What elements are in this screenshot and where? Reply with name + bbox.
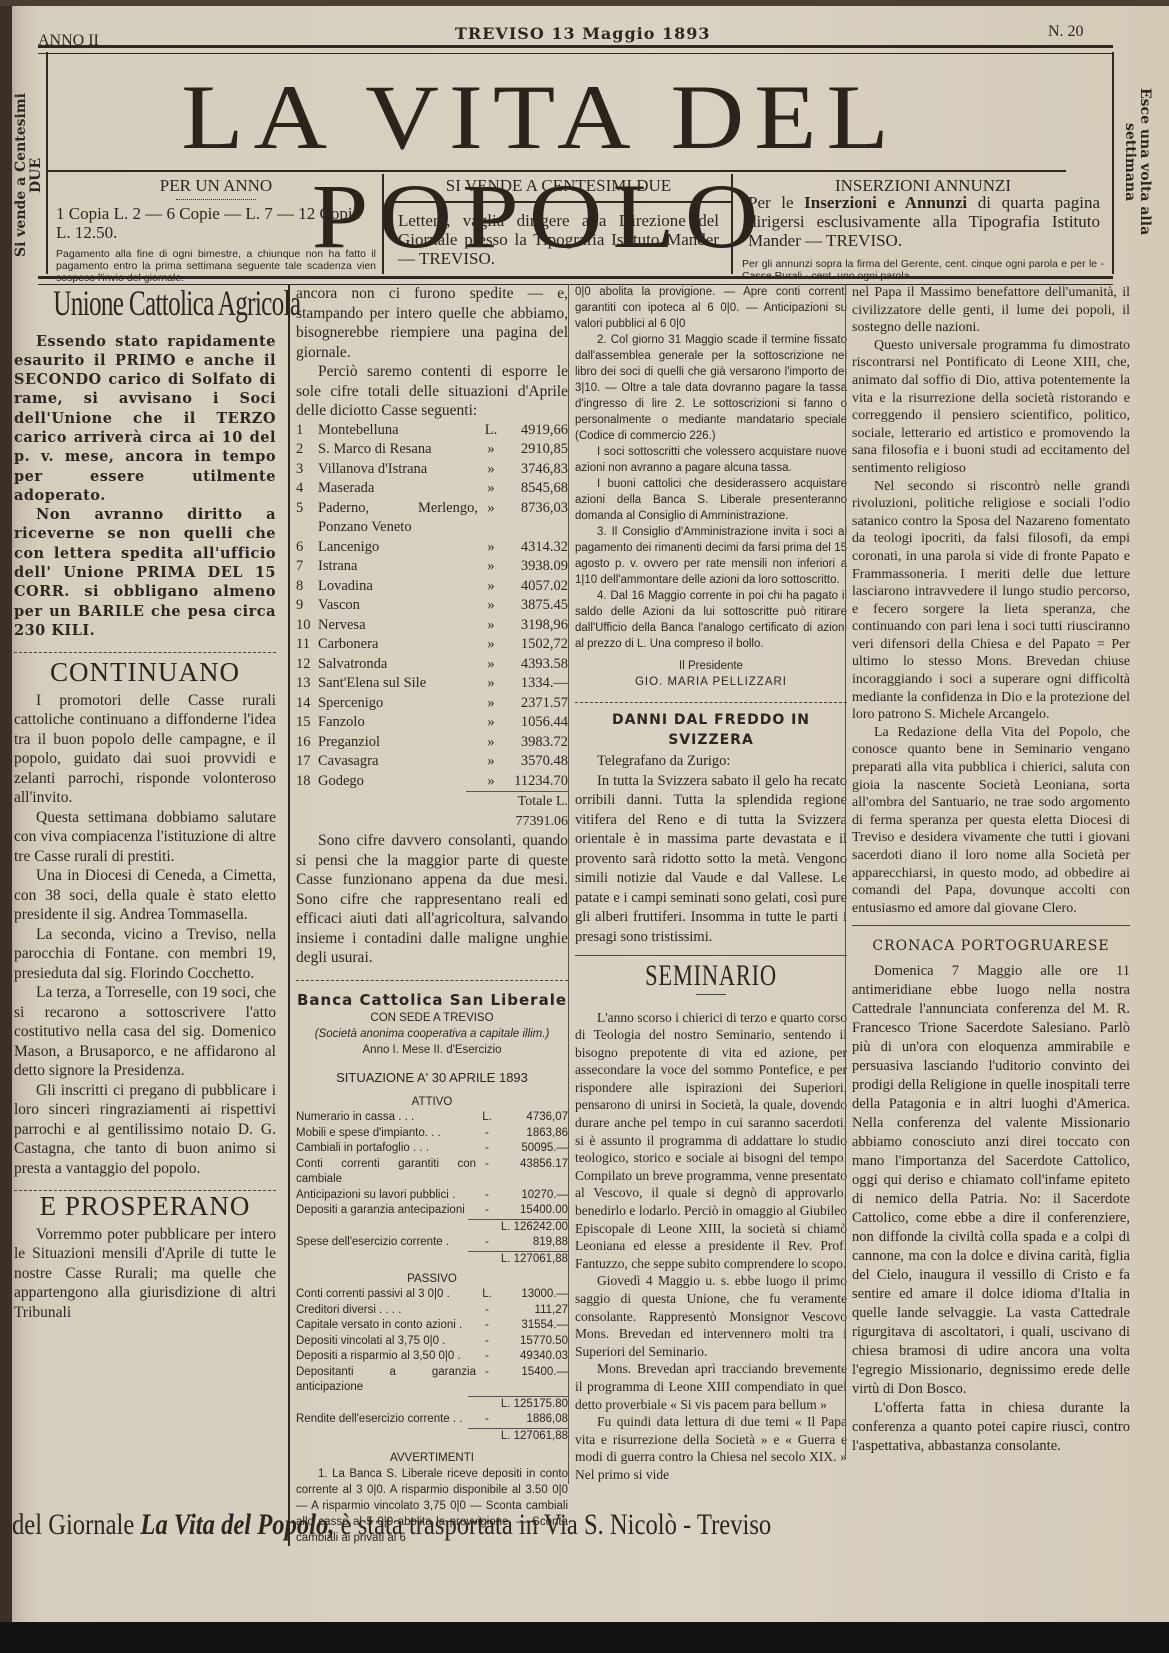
cassa-row: 11Carbonera»1502,72 xyxy=(296,635,568,655)
cassa-value: 4314.32 xyxy=(504,538,568,558)
banca-tipo: (Società anonima cooperativa a capitale … xyxy=(296,1026,568,1042)
avvertimento-cont: 0|0 abolita la provigione. — Apre conti … xyxy=(575,284,847,332)
row-value: 15770.50 xyxy=(498,1334,568,1350)
passivo-row: Capitale versato in conto azioni .-31554… xyxy=(296,1318,568,1334)
cronaca-heading: CRONACA PORTOGRUARESE xyxy=(852,938,1130,956)
avvertimento-2c: I buoni cattolici che desiderassero acqu… xyxy=(575,476,847,524)
cassa-number: 16 xyxy=(296,733,318,753)
cassa-name: Lovadina xyxy=(318,577,478,597)
row-value: 50095.— xyxy=(498,1141,568,1157)
cassa-name: Lancenigo xyxy=(318,538,478,558)
seminario-para: Fu quindi data lettura di due temi « Il … xyxy=(575,1413,847,1483)
seminario-para: L'anno scorso i chierici di terzo e quar… xyxy=(575,1009,847,1273)
cassa-value: 4919,66 xyxy=(504,421,568,441)
footer-post: è stata trasportata in Via S. Nicolò - T… xyxy=(334,1508,771,1541)
binding-spine xyxy=(0,0,12,1622)
ads-heading: INSERZIONI ANNUNZI xyxy=(736,178,1110,193)
ornament xyxy=(176,195,256,200)
prosperano-para: Vorremmo poter pubblicare per intero le … xyxy=(14,1225,276,1323)
row-label: Conti correnti garantiti con cambiale xyxy=(296,1157,476,1188)
row-symbol: - xyxy=(476,1203,498,1219)
attivo-row: Mobili e spese d'impianto. . .-1863,86 xyxy=(296,1126,568,1142)
cassa-value: 3938.09 xyxy=(504,557,568,577)
unione-heading: Unione Cattolica Agricola xyxy=(53,294,236,314)
continuano-para: La seconda, vicino a Treviso, nella paro… xyxy=(14,925,276,984)
column-2: ancora non ci furono spedite — e, stampa… xyxy=(288,284,568,1546)
currency-symbol: » xyxy=(478,733,504,753)
currency-symbol: » xyxy=(478,674,504,694)
cassa-name: Carbonera xyxy=(318,635,478,655)
row-label: Depositi vincolati al 3,75 0|0 . xyxy=(296,1334,476,1350)
row-symbol: - xyxy=(476,1365,498,1396)
cassa-number: 13 xyxy=(296,674,318,694)
divider xyxy=(575,696,847,703)
cassa-name: Sant'Elena sul Sile xyxy=(318,674,478,694)
danni-heading: DANNI DAL FREDDO IN SVIZZERA xyxy=(575,711,847,750)
banca-name: Banca Cattolica San Liberale xyxy=(296,991,568,1011)
currency-symbol: » xyxy=(478,499,504,538)
currency-symbol: » xyxy=(478,460,504,480)
avvertimento-3: 3. Il Consiglio d'Amministrazione invita… xyxy=(575,524,847,588)
passivo-row: Creditori diversi . . . .-111,27 xyxy=(296,1303,568,1319)
cassa-number: 15 xyxy=(296,713,318,733)
row-label: Depositi a risparmio al 3,50 0|0 . xyxy=(296,1349,476,1365)
cronaca-para: Domenica 7 Maggio alle ore 11 antimeridi… xyxy=(852,962,1130,1399)
continuano-heading: CONTINUANO xyxy=(14,663,276,683)
continuano-para: Gli inscritti ci pregano di pubblicare i… xyxy=(14,1081,276,1179)
avvertimento-4: 4. Dal 16 Maggio corrente in poi chi ha … xyxy=(575,588,847,652)
cassa-number: 9 xyxy=(296,596,318,616)
attivo-total: L. 127061,88 xyxy=(296,1251,568,1268)
divider xyxy=(14,1184,276,1191)
cassa-name: Villanova d'Istrana xyxy=(318,460,478,480)
attivo-row: Numerario in cassa . . .L.4736,07 xyxy=(296,1110,568,1126)
cassa-number: 4 xyxy=(296,479,318,499)
cassa-name: Maserada xyxy=(318,479,478,499)
cassa-row: 6Lancenigo»4314.32 xyxy=(296,538,568,558)
cassa-value: 8736,03 xyxy=(504,499,568,538)
situazione-heading: SITUAZIONE A' 30 APRILE 1893 xyxy=(296,1070,568,1086)
cassa-row: 3Villanova d'Istrana»3746,83 xyxy=(296,460,568,480)
cassa-number: 7 xyxy=(296,557,318,577)
cassa-row: 18Godego»11234.70 xyxy=(296,772,568,792)
cassa-row: 1MontebellunaL.4919,66 xyxy=(296,421,568,441)
column-1: Unione Cattolica Agricola Essendo stato … xyxy=(14,284,276,1322)
cassa-value: 4393.58 xyxy=(504,655,568,675)
currency-symbol: » xyxy=(478,635,504,655)
spese-row: Spese dell'esercizio corrente .-819,88 xyxy=(296,1235,568,1251)
row-label: Mobili e spese d'impianto. . . xyxy=(296,1126,476,1142)
cassa-number: 11 xyxy=(296,635,318,655)
attivo-row: Depositi a garanzia antecipazioni-15400.… xyxy=(296,1203,568,1219)
attivo-heading: ATTIVO xyxy=(296,1094,568,1110)
sale-heading: SI VENDE A CENTESIMI DUE xyxy=(386,178,731,203)
casse-total: Totale L. 77391.06 xyxy=(466,791,568,831)
seminario-para: Giovedì 4 Maggio u. s. ebbe luogo il pri… xyxy=(575,1272,847,1360)
cassa-name: Montebelluna xyxy=(318,421,478,441)
para: nel Papa il Massimo benefattore dell'uma… xyxy=(852,284,1130,337)
subscription-heading: PER UN ANNO xyxy=(50,178,382,193)
row-symbol: - xyxy=(476,1303,498,1319)
row-symbol: - xyxy=(476,1188,498,1204)
currency-symbol: » xyxy=(478,479,504,499)
cassa-row: 5Paderno, Merlengo, Ponzano Veneto»8736,… xyxy=(296,499,568,538)
passivo-heading: PASSIVO xyxy=(296,1271,568,1287)
row-value: 13000.— xyxy=(498,1287,568,1303)
seminario-para: Mons. Brevedan aprì tracciando brevement… xyxy=(575,1360,847,1413)
cassa-row: 4Maserada»8545,68 xyxy=(296,479,568,499)
title-rule xyxy=(46,170,1066,172)
para: Perciò saremo contenti di esporre le sol… xyxy=(296,362,568,421)
cassa-value: 8545,68 xyxy=(504,479,568,499)
cassa-value: 2910,85 xyxy=(504,440,568,460)
row-label: Anticipazioni su lavori pubblici . xyxy=(296,1188,476,1204)
row-label: Numerario in cassa . . . xyxy=(296,1110,476,1126)
currency-symbol: » xyxy=(478,772,504,792)
cassa-name: Preganziol xyxy=(318,733,478,753)
danni-intro: Telegrafano da Zurigo: xyxy=(575,752,847,772)
attivo-row: Anticipazioni su lavori pubblici .-10270… xyxy=(296,1188,568,1204)
para: La Redazione della Vita del Popolo, che … xyxy=(852,724,1130,918)
cassa-row: 2S. Marco di Resana»2910,85 xyxy=(296,440,568,460)
currency-symbol: » xyxy=(478,694,504,714)
passivo-row: Conti correnti passivi al 3 0|0 .L.13000… xyxy=(296,1287,568,1303)
para: Sono cifre davvero consolanti, quando si… xyxy=(296,831,568,968)
cassa-row: 14Spercenigo»2371.57 xyxy=(296,694,568,714)
cassa-value: 2371.57 xyxy=(504,694,568,714)
sale-box: SI VENDE A CENTESIMI DUE Lettere, vaglia… xyxy=(386,174,733,274)
divider xyxy=(852,925,1130,926)
cassa-name: Nervesa xyxy=(318,616,478,636)
rendite-row: Rendite dell'esercizio corrente . .-1886… xyxy=(296,1412,568,1428)
row-symbol: - xyxy=(476,1141,498,1157)
seminario-heading: SEMINARIO xyxy=(609,966,813,986)
banca-anno: Anno I. Mese II. d'Esercizio xyxy=(296,1042,568,1058)
para: Questo universale programma fu dimostrat… xyxy=(852,337,1130,478)
cassa-name: Godego xyxy=(318,772,478,792)
footer-italic: La Vita del Popolo, xyxy=(140,1508,334,1541)
cassa-number: 14 xyxy=(296,694,318,714)
row-symbol: - xyxy=(476,1349,498,1365)
cassa-value: 3570.48 xyxy=(504,752,568,772)
passivo-subtotal: L. 125175.80 xyxy=(296,1396,568,1413)
column-3: 0|0 abolita la provigione. — Apre conti … xyxy=(568,284,847,1484)
row-label: Depositanti a garanzia anticipazione xyxy=(296,1365,476,1396)
attivo-row: Conti correnti garantiti con cambiale-43… xyxy=(296,1157,568,1188)
row-label: Capitale versato in conto azioni . xyxy=(296,1318,476,1334)
attivo-subtotal: L. 126242.00 xyxy=(296,1219,568,1236)
cassa-number: 8 xyxy=(296,577,318,597)
avvertimento-2: 2. Col giorno 31 Maggio scade il termine… xyxy=(575,332,847,444)
currency-symbol: » xyxy=(478,596,504,616)
cassa-number: 10 xyxy=(296,616,318,636)
page-top-edge xyxy=(0,0,1169,6)
cassa-name: Fanzolo xyxy=(318,713,478,733)
casse-list: 1MontebellunaL.4919,662S. Marco di Resan… xyxy=(296,421,568,792)
cassa-name: Istrana xyxy=(318,557,478,577)
cassa-name: Spercenigo xyxy=(318,694,478,714)
avvertimenti-heading: AVVERTIMENTI xyxy=(296,1450,568,1466)
row-value: 10270.— xyxy=(498,1188,568,1204)
row-label: Creditori diversi . . . . xyxy=(296,1303,476,1319)
continuano-para: Questa settimana dobbiamo salutare con v… xyxy=(14,808,276,867)
row-value: 4736,07 xyxy=(498,1110,568,1126)
cassa-value: 3875.45 xyxy=(504,596,568,616)
cassa-name: Cavasagra xyxy=(318,752,478,772)
presidente-name: GIO. MARIA PELLIZZARI xyxy=(575,674,847,690)
row-symbol: L. xyxy=(476,1287,498,1303)
cassa-name: Vascon xyxy=(318,596,478,616)
passivo-total: L. 127061,88 xyxy=(296,1428,568,1445)
footer-notice: del Giornale La Vita del Popolo, è stata… xyxy=(12,1508,771,1542)
ads-text-pre: Per le xyxy=(748,193,804,212)
divider xyxy=(14,646,276,653)
sale-text: Lettere, vaglia dirigere alla Direzione … xyxy=(386,211,731,268)
newspaper-page: ANNO II TREVISO 13 Maggio 1893 N. 20 Si … xyxy=(0,0,1169,1622)
row-label: Cambiali in portafoglio . . . xyxy=(296,1141,476,1157)
cassa-row: 16Preganziol»3983.72 xyxy=(296,733,568,753)
passivo-row: Depositanti a garanzia anticipazione-154… xyxy=(296,1365,568,1396)
cassa-number: 2 xyxy=(296,440,318,460)
row-value: 1863,86 xyxy=(498,1126,568,1142)
cassa-name: S. Marco di Resana xyxy=(318,440,478,460)
currency-symbol: » xyxy=(478,538,504,558)
row-symbol: - xyxy=(476,1318,498,1334)
cassa-value: 11234.70 xyxy=(504,772,568,792)
presidente-label: Il Presidente xyxy=(575,658,847,674)
scan-background xyxy=(0,1622,1169,1653)
divider xyxy=(296,974,568,981)
para: Nel secondo si riscontrò nelle grandi ri… xyxy=(852,478,1130,724)
attivo-row: Cambiali in portafoglio . . .-50095.— xyxy=(296,1141,568,1157)
cassa-value: 3983.72 xyxy=(504,733,568,753)
currency-symbol: » xyxy=(478,713,504,733)
ads-box: INSERZIONI ANNUNZI Per le Inserzioni e A… xyxy=(736,174,1110,274)
divider xyxy=(575,955,847,956)
danni-para: In tutta la Svizzera sabato il gelo ha r… xyxy=(575,772,847,948)
cassa-value: 4057.02 xyxy=(504,577,568,597)
row-value: 31554.— xyxy=(498,1318,568,1334)
row-symbol: - xyxy=(476,1157,498,1188)
continuano-para: Una in Diocesi di Ceneda, a Cimetta, con… xyxy=(14,866,276,925)
cassa-number: 18 xyxy=(296,772,318,792)
cronaca-para: L'offerta fatta in chiesa durante la con… xyxy=(852,1399,1130,1456)
cassa-row: 15Fanzolo»1056.44 xyxy=(296,713,568,733)
currency-symbol: L. xyxy=(478,421,504,441)
cassa-name: Paderno, Merlengo, Ponzano Veneto xyxy=(318,499,478,538)
row-value: 15400.— xyxy=(498,1365,568,1396)
row-symbol: - xyxy=(476,1126,498,1142)
row-value: 49340.03 xyxy=(498,1349,568,1365)
row-label: Conti correnti passivi al 3 0|0 . xyxy=(296,1287,476,1303)
cassa-name: Salvatronda xyxy=(318,655,478,675)
currency-symbol: » xyxy=(478,577,504,597)
cassa-number: 17 xyxy=(296,752,318,772)
cassa-number: 1 xyxy=(296,421,318,441)
currency-symbol: » xyxy=(478,440,504,460)
cassa-value: 3198,96 xyxy=(504,616,568,636)
row-symbol: L. xyxy=(476,1110,498,1126)
ads-text: Per le Inserzioni e Annunzi di quarta pa… xyxy=(736,193,1110,250)
column-4: nel Papa il Massimo benefattore dell'uma… xyxy=(845,284,1130,1456)
subscription-prices: 1 Copia L. 2 — 6 Copie — L. 7 — 12 Copie… xyxy=(50,204,382,242)
avvertimento-2b: I soci sottoscritti che volessero acquis… xyxy=(575,444,847,476)
side-note-left: Si vende a Centesimi DUE xyxy=(14,85,44,265)
cassa-row: 9Vascon»3875.45 xyxy=(296,596,568,616)
para: ancora non ci furono spedite — e, stampa… xyxy=(296,284,568,362)
cassa-row: 12Salvatronda»4393.58 xyxy=(296,655,568,675)
ornament xyxy=(696,994,726,995)
prosperano-heading: E PROSPERANO xyxy=(14,1197,276,1217)
row-value: 43856.17 xyxy=(498,1157,568,1188)
banca-sede: CON SEDE A TREVISO xyxy=(296,1010,568,1026)
row-label: Depositi a garanzia antecipazioni xyxy=(296,1203,476,1219)
passivo-row: Depositi a risparmio al 3,50 0|0 .-49340… xyxy=(296,1349,568,1365)
cassa-row: 8Lovadina»4057.02 xyxy=(296,577,568,597)
unione-notice-1: Essendo stato rapidamente esaurito il PR… xyxy=(14,332,276,506)
footer-pre: del Giornale xyxy=(12,1508,140,1541)
cassa-number: 12 xyxy=(296,655,318,675)
cassa-value: 1056.44 xyxy=(504,713,568,733)
dateline: TREVISO 13 Maggio 1893 xyxy=(455,24,711,43)
currency-symbol: » xyxy=(478,752,504,772)
attivo-table: Numerario in cassa . . .L.4736,07Mobili … xyxy=(296,1110,568,1219)
currency-symbol: » xyxy=(478,655,504,675)
cassa-number: 5 xyxy=(296,499,318,538)
row-value: 15400.00 xyxy=(498,1203,568,1219)
passivo-table: Conti correnti passivi al 3 0|0 .L.13000… xyxy=(296,1287,568,1396)
issue-number: N. 20 xyxy=(1048,23,1084,41)
cassa-row: 10Nervesa»3198,96 xyxy=(296,616,568,636)
cassa-row: 13Sant'Elena sul Sile»1334.— xyxy=(296,674,568,694)
cassa-value: 1502,72 xyxy=(504,635,568,655)
cassa-row: 7Istrana»3938.09 xyxy=(296,557,568,577)
currency-symbol: » xyxy=(478,557,504,577)
continuano-para: La terza, a Torreselle, con 19 soci, che… xyxy=(14,983,276,1081)
side-note-right: Esce una volta alla settimana xyxy=(1118,52,1152,272)
cassa-row: 17Cavasagra»3570.48 xyxy=(296,752,568,772)
cassa-number: 6 xyxy=(296,538,318,558)
cassa-number: 3 xyxy=(296,460,318,480)
cassa-value: 1334.— xyxy=(504,674,568,694)
row-value: 111,27 xyxy=(498,1303,568,1319)
subscription-box: PER UN ANNO 1 Copia L. 2 — 6 Copie — L. … xyxy=(50,174,384,274)
currency-symbol: » xyxy=(478,616,504,636)
continuano-para: I promotori delle Casse rurali cattolich… xyxy=(14,691,276,808)
cassa-value: 3746,83 xyxy=(504,460,568,480)
passivo-row: Depositi vincolati al 3,75 0|0 .-15770.5… xyxy=(296,1334,568,1350)
unione-notice-2: Non avranno diritto a riceverne se non q… xyxy=(14,505,276,640)
ads-text-bold: Inserzioni e Annunzi xyxy=(804,193,967,212)
row-symbol: - xyxy=(476,1334,498,1350)
